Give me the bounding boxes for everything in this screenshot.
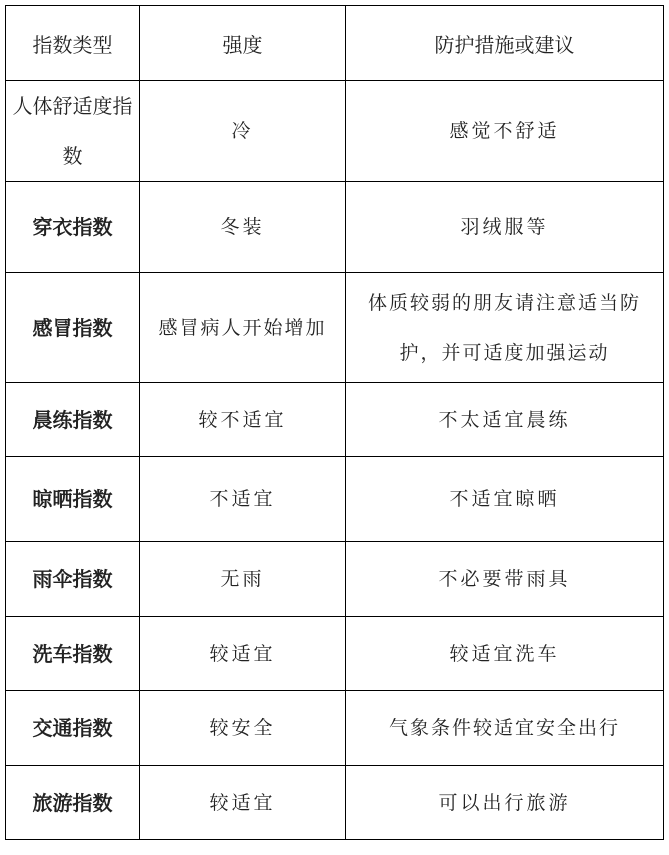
level-cell: 冷 bbox=[140, 81, 346, 182]
index-type-cell: 洗车指数 bbox=[6, 617, 140, 691]
advice-cell: 体质较弱的朋友请注意适当防护，并可适度加强运动 bbox=[346, 273, 664, 383]
level-cell: 较不适宜 bbox=[140, 383, 346, 457]
advice-cell: 不太适宜晨练 bbox=[346, 383, 664, 457]
weather-index-table: 指数类型 强度 防护措施或建议 人体舒适度指数 冷 感觉不舒适 穿衣指数 冬装 … bbox=[5, 5, 664, 840]
header-advice: 防护措施或建议 bbox=[346, 6, 664, 81]
advice-cell: 较适宜洗车 bbox=[346, 617, 664, 691]
level-cell: 较安全 bbox=[140, 691, 346, 766]
header-index-type: 指数类型 bbox=[6, 6, 140, 81]
index-type-cell: 雨伞指数 bbox=[6, 542, 140, 617]
table-row: 晨练指数 较不适宜 不太适宜晨练 bbox=[6, 383, 664, 457]
level-cell: 较适宜 bbox=[140, 766, 346, 840]
advice-cell: 感觉不舒适 bbox=[346, 81, 664, 182]
index-type-cell: 旅游指数 bbox=[6, 766, 140, 840]
index-type-cell: 晾晒指数 bbox=[6, 457, 140, 542]
table-row: 洗车指数 较适宜 较适宜洗车 bbox=[6, 617, 664, 691]
table-row: 雨伞指数 无雨 不必要带雨具 bbox=[6, 542, 664, 617]
index-type-cell: 感冒指数 bbox=[6, 273, 140, 383]
level-cell: 较适宜 bbox=[140, 617, 346, 691]
table-row: 旅游指数 较适宜 可以出行旅游 bbox=[6, 766, 664, 840]
index-type-cell: 人体舒适度指数 bbox=[6, 81, 140, 182]
header-level: 强度 bbox=[140, 6, 346, 81]
level-cell: 冬装 bbox=[140, 182, 346, 273]
advice-cell: 不必要带雨具 bbox=[346, 542, 664, 617]
advice-cell: 羽绒服等 bbox=[346, 182, 664, 273]
table-row: 感冒指数 感冒病人开始增加 体质较弱的朋友请注意适当防护，并可适度加强运动 bbox=[6, 273, 664, 383]
advice-cell: 气象条件较适宜安全出行 bbox=[346, 691, 664, 766]
index-type-cell: 穿衣指数 bbox=[6, 182, 140, 273]
index-type-cell: 晨练指数 bbox=[6, 383, 140, 457]
advice-cell: 可以出行旅游 bbox=[346, 766, 664, 840]
level-cell: 感冒病人开始增加 bbox=[140, 273, 346, 383]
table-header-row: 指数类型 强度 防护措施或建议 bbox=[6, 6, 664, 81]
table-row: 人体舒适度指数 冷 感觉不舒适 bbox=[6, 81, 664, 182]
table-row: 晾晒指数 不适宜 不适宜晾晒 bbox=[6, 457, 664, 542]
advice-cell: 不适宜晾晒 bbox=[346, 457, 664, 542]
table-row: 交通指数 较安全 气象条件较适宜安全出行 bbox=[6, 691, 664, 766]
level-cell: 无雨 bbox=[140, 542, 346, 617]
level-cell: 不适宜 bbox=[140, 457, 346, 542]
index-type-cell: 交通指数 bbox=[6, 691, 140, 766]
table-row: 穿衣指数 冬装 羽绒服等 bbox=[6, 182, 664, 273]
